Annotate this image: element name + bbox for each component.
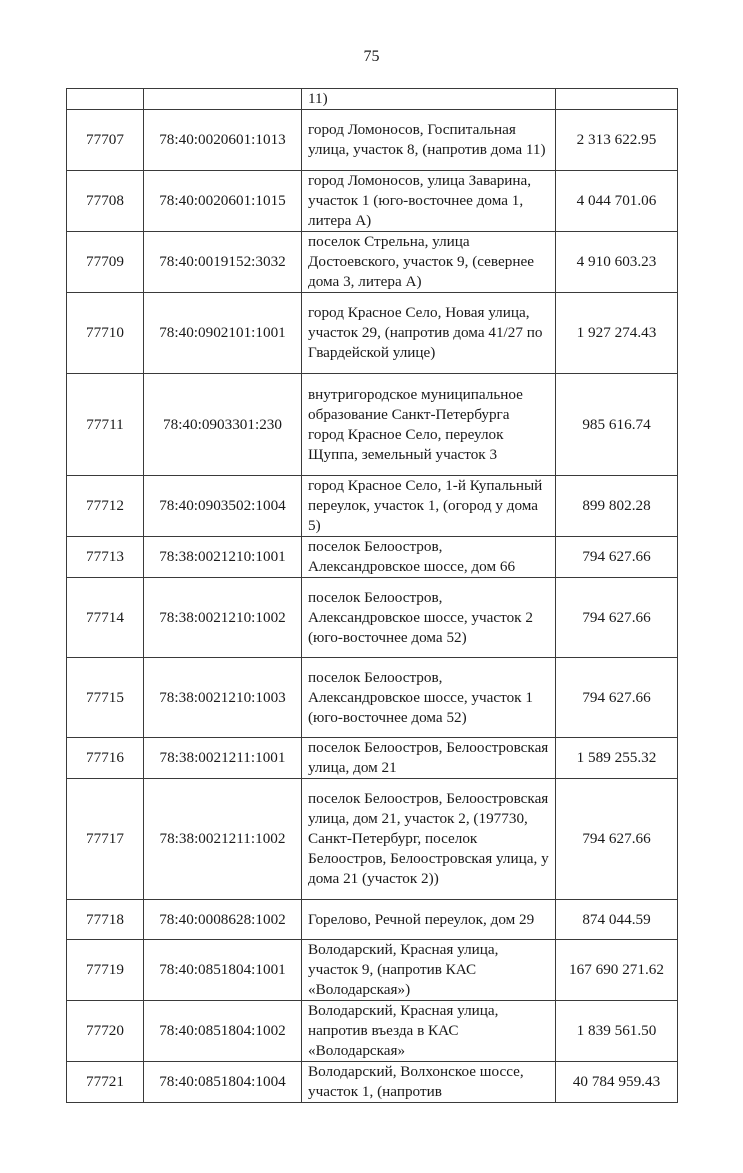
address-cell: поселок Белоостров, Александровское шосс… bbox=[302, 658, 556, 738]
table-row: 7771078:40:0902101:1001город Красное Сел… bbox=[67, 293, 678, 374]
cadastral-number-cell: 78:40:0903301:230 bbox=[144, 374, 302, 476]
cadastral-number-cell: 78:40:0008628:1002 bbox=[144, 900, 302, 940]
address-cell: 11) bbox=[302, 89, 556, 110]
cadastral-number-cell: 78:40:0851804:1001 bbox=[144, 940, 302, 1001]
row-number-cell: 77717 bbox=[67, 779, 144, 900]
row-number-cell: 77719 bbox=[67, 940, 144, 1001]
address-cell: Володарский, Красная улица, напротив въе… bbox=[302, 1001, 556, 1062]
table-row: 7770978:40:0019152:3032поселок Стрельна,… bbox=[67, 232, 678, 293]
cadastral-value-cell: 985 616.74 bbox=[556, 374, 678, 476]
table-row: 7770878:40:0020601:1015город Ломоносов, … bbox=[67, 171, 678, 232]
cadastral-number-cell: 78:40:0020601:1015 bbox=[144, 171, 302, 232]
cadastral-number-cell: 78:38:0021210:1002 bbox=[144, 578, 302, 658]
cadastral-value-cell: 794 627.66 bbox=[556, 779, 678, 900]
cadastral-number-cell: 78:40:0851804:1004 bbox=[144, 1062, 302, 1103]
cadastral-value-cell bbox=[556, 89, 678, 110]
cadastral-number-cell: 78:38:0021210:1001 bbox=[144, 537, 302, 578]
row-number-cell: 77709 bbox=[67, 232, 144, 293]
address-cell: Горелово, Речной переулок, дом 29 bbox=[302, 900, 556, 940]
address-cell: город Ломоносов, улица Заварина, участок… bbox=[302, 171, 556, 232]
cadastral-value-cell: 2 313 622.95 bbox=[556, 110, 678, 171]
address-cell: город Ломоносов, Госпитальная улица, уча… bbox=[302, 110, 556, 171]
table-row: 7771378:38:0021210:1001поселок Белоостро… bbox=[67, 537, 678, 578]
row-number-cell: 77721 bbox=[67, 1062, 144, 1103]
address-cell: внутригородское муниципальное образовани… bbox=[302, 374, 556, 476]
cadastral-number-cell bbox=[144, 89, 302, 110]
cadastral-value-cell: 1 589 255.32 bbox=[556, 738, 678, 779]
cadastral-value-cell: 167 690 271.62 bbox=[556, 940, 678, 1001]
row-number-cell: 77714 bbox=[67, 578, 144, 658]
row-number-cell: 77720 bbox=[67, 1001, 144, 1062]
row-number-cell: 77715 bbox=[67, 658, 144, 738]
row-number-cell: 77710 bbox=[67, 293, 144, 374]
table-row: 7771478:38:0021210:1002поселок Белоостро… bbox=[67, 578, 678, 658]
address-cell: Володарский, Красная улица, участок 9, (… bbox=[302, 940, 556, 1001]
table-row: 7771878:40:0008628:1002Горелово, Речной … bbox=[67, 900, 678, 940]
row-number-cell: 77711 bbox=[67, 374, 144, 476]
row-number-cell: 77708 bbox=[67, 171, 144, 232]
cadastral-value-cell: 40 784 959.43 bbox=[556, 1062, 678, 1103]
row-number-cell: 77716 bbox=[67, 738, 144, 779]
cadastral-number-cell: 78:40:0902101:1001 bbox=[144, 293, 302, 374]
table-row: 7772178:40:0851804:1004Володарский, Волх… bbox=[67, 1062, 678, 1103]
cadastral-number-cell: 78:38:0021211:1002 bbox=[144, 779, 302, 900]
land-plots-table: 11)7770778:40:0020601:1013город Ломоносо… bbox=[66, 88, 678, 1103]
cadastral-number-cell: 78:40:0020601:1013 bbox=[144, 110, 302, 171]
row-number-cell: 77718 bbox=[67, 900, 144, 940]
address-cell: город Красное Село, Новая улица, участок… bbox=[302, 293, 556, 374]
page-number: 75 bbox=[0, 48, 743, 66]
table-row: 7771778:38:0021211:1002поселок Белоостро… bbox=[67, 779, 678, 900]
row-number-cell: 77712 bbox=[67, 476, 144, 537]
cadastral-value-cell: 4 044 701.06 bbox=[556, 171, 678, 232]
cadastral-value-cell: 1 839 561.50 bbox=[556, 1001, 678, 1062]
address-cell: поселок Белоостров, Александровское шосс… bbox=[302, 537, 556, 578]
table-row: 7772078:40:0851804:1002Володарский, Крас… bbox=[67, 1001, 678, 1062]
cadastral-value-cell: 899 802.28 bbox=[556, 476, 678, 537]
cadastral-value-cell: 794 627.66 bbox=[556, 658, 678, 738]
address-cell: поселок Стрельна, улица Достоевского, уч… bbox=[302, 232, 556, 293]
address-cell: город Красное Село, 1-й Купальный переул… bbox=[302, 476, 556, 537]
cadastral-value-cell: 794 627.66 bbox=[556, 537, 678, 578]
address-cell: Володарский, Волхонское шоссе, участок 1… bbox=[302, 1062, 556, 1103]
table-row: 7770778:40:0020601:1013город Ломоносов, … bbox=[67, 110, 678, 171]
cadastral-number-cell: 78:40:0851804:1002 bbox=[144, 1001, 302, 1062]
table-row: 7771278:40:0903502:1004город Красное Сел… bbox=[67, 476, 678, 537]
row-number-cell: 77707 bbox=[67, 110, 144, 171]
cadastral-value-cell: 4 910 603.23 bbox=[556, 232, 678, 293]
address-cell: поселок Белоостров, Александровское шосс… bbox=[302, 578, 556, 658]
cadastral-value-cell: 794 627.66 bbox=[556, 578, 678, 658]
table-row: 7771178:40:0903301:230внутригородское му… bbox=[67, 374, 678, 476]
row-number-cell bbox=[67, 89, 144, 110]
table-row: 7771678:38:0021211:1001поселок Белоостро… bbox=[67, 738, 678, 779]
cadastral-number-cell: 78:40:0903502:1004 bbox=[144, 476, 302, 537]
cadastral-value-cell: 874 044.59 bbox=[556, 900, 678, 940]
cadastral-number-cell: 78:40:0019152:3032 bbox=[144, 232, 302, 293]
address-cell: поселок Белоостров, Белоостровская улица… bbox=[302, 738, 556, 779]
cadastral-number-cell: 78:38:0021210:1003 bbox=[144, 658, 302, 738]
table-row: 7771978:40:0851804:1001Володарский, Крас… bbox=[67, 940, 678, 1001]
row-number-cell: 77713 bbox=[67, 537, 144, 578]
table-row: 11) bbox=[67, 89, 678, 110]
table-body: 11)7770778:40:0020601:1013город Ломоносо… bbox=[67, 89, 678, 1103]
cadastral-number-cell: 78:38:0021211:1001 bbox=[144, 738, 302, 779]
table-row: 7771578:38:0021210:1003поселок Белоостро… bbox=[67, 658, 678, 738]
cadastral-value-cell: 1 927 274.43 bbox=[556, 293, 678, 374]
address-cell: поселок Белоостров, Белоостровская улица… bbox=[302, 779, 556, 900]
